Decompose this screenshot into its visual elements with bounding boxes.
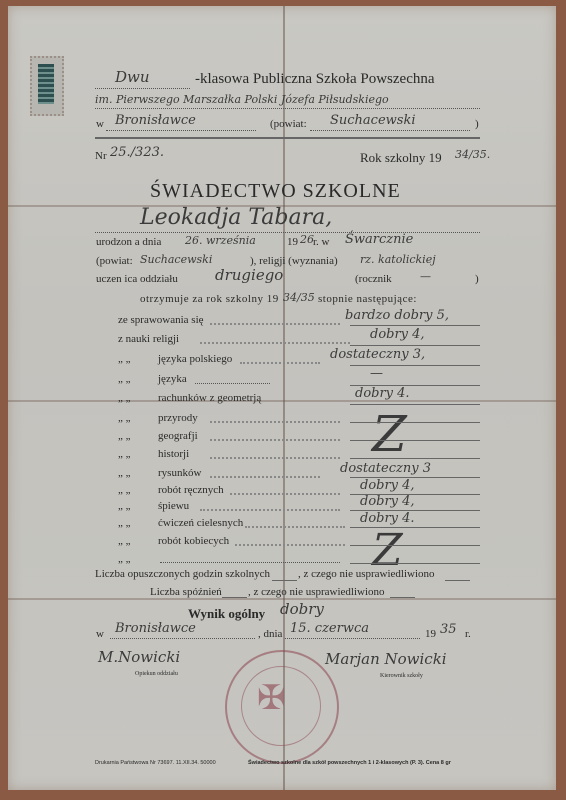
receives-year: 34/35: [283, 291, 315, 304]
birth-place-label: r. w: [313, 236, 330, 248]
school-year-value: 34/35.: [455, 148, 490, 161]
certificate-title: ŚWIADECTWO SZKOLNE: [150, 180, 401, 203]
fill-line: [110, 638, 255, 639]
school-location: Bronisławce: [115, 113, 196, 128]
horizontal-fold: [8, 400, 556, 402]
grade-line: [350, 365, 480, 366]
subject-label: języka polskiego: [158, 353, 232, 365]
grade-value: dostateczny 3: [340, 461, 431, 476]
ditto-mark: „ „: [118, 392, 131, 404]
leader-dots: [210, 439, 340, 441]
grade-line: [350, 494, 480, 495]
county-label: (powiat:: [270, 118, 307, 130]
fill-line: [160, 562, 340, 563]
eagle-emblem-icon: ✠: [257, 678, 286, 718]
grade-value: —: [370, 366, 383, 381]
grade-value: bardzo dobry 5,: [345, 308, 449, 323]
fill-line: [95, 88, 190, 89]
grade-line: [350, 527, 480, 528]
form-info: Świadectwo szkolne dla szkół powszechnyc…: [248, 760, 451, 766]
tutor-caption: Opiekun oddziału: [135, 671, 178, 677]
principal-caption: Kierownik szkoły: [380, 673, 423, 679]
student-name: Leokadja Tabara,: [140, 205, 332, 230]
grade-value: dobry 4,: [360, 494, 415, 509]
issued-year: 35: [440, 622, 457, 637]
leader-dots: [210, 323, 340, 325]
grade-line: [350, 440, 480, 441]
ditto-mark: „ „: [118, 373, 131, 385]
overall-result-value: dobry: [280, 600, 324, 618]
subject-label: z nauki religji: [118, 333, 179, 345]
leader-dots: [210, 421, 340, 423]
born-label: urodzon a dnia: [96, 236, 161, 248]
fill-line: [310, 130, 470, 131]
ditto-mark: „ „: [118, 412, 131, 424]
ditto-mark: „ „: [118, 430, 131, 442]
grade-value: dobry 4.: [355, 386, 410, 401]
issued-year-suffix: r.: [465, 628, 471, 640]
grade-line: [350, 545, 480, 546]
grade-line: [350, 422, 480, 423]
class-label: uczen ica oddziału: [96, 273, 178, 285]
fill-line: [95, 232, 480, 233]
subject-label: robót ręcznych: [158, 484, 224, 496]
issued-place-prefix: w: [96, 628, 104, 640]
grade-line: [350, 325, 480, 326]
printer-info: Drukarnia Państwowa Nr 73697. 11.XII.34.…: [95, 760, 216, 766]
grade-line: [350, 563, 480, 564]
birth-year: 26: [300, 233, 314, 246]
fill-line: [95, 108, 480, 109]
receives-label: otrzymuje za rok szkolny 19: [140, 293, 279, 305]
leader-dots: [245, 526, 345, 528]
issued-date-label: , dnia: [258, 628, 282, 640]
school-name: im. Pierwszego Marszałka Polski Józefa P…: [95, 93, 389, 106]
grade-value: dostateczny 3,: [330, 347, 425, 362]
grade-line: [350, 477, 480, 478]
absent-hours-label: Liczba opuszczonych godzin szkolnych: [95, 568, 270, 580]
number-value: 25./323.: [110, 145, 164, 160]
birth-place: Śwarcznie: [345, 232, 413, 247]
year-value: —: [420, 270, 431, 283]
birth-year-prefix: 19: [287, 236, 298, 248]
subject-label: ćwiczeń cielesnych: [158, 517, 243, 529]
header-rule: [95, 137, 480, 139]
leader-dots: [200, 342, 350, 344]
class-value: drugiego: [215, 266, 283, 284]
grade-value: dobry 4.: [360, 511, 415, 526]
overall-result-label: Wynik ogólny: [188, 606, 265, 622]
location-prefix: w: [96, 118, 104, 130]
ditto-mark: „ „: [118, 517, 131, 529]
grade-line: [350, 385, 480, 386]
birth-date: 26. września: [185, 234, 256, 247]
issued-date: 15. czerwca: [290, 621, 369, 636]
school-year-label: Rok szkolny 19: [360, 150, 442, 166]
official-seal: ✠: [225, 650, 339, 764]
subject-label: przyrody: [158, 412, 198, 424]
county-close: ): [475, 118, 479, 130]
religion: rz. katolickiej: [360, 253, 436, 266]
leader-dots: [210, 476, 320, 478]
student-county-label: (powiat:: [96, 255, 133, 267]
absent-unexcused-line: [445, 580, 470, 581]
ditto-mark: „ „: [118, 353, 131, 365]
late-unexcused-line: [390, 597, 415, 598]
subject-label: geografji: [158, 430, 198, 442]
absent-hours-line: [272, 580, 297, 581]
ditto-mark: „ „: [118, 484, 131, 496]
fill-line: [195, 383, 270, 384]
tutor-signature: M.Nowicki: [98, 648, 180, 666]
year-close: ): [475, 273, 479, 285]
classes-count: Dwu: [115, 68, 150, 86]
number-label: Nr: [95, 150, 107, 162]
ditto-mark: „ „: [118, 535, 131, 547]
leader-dots: [235, 544, 345, 546]
absent-unexcused-label: , z czego nie usprawiedliwiono: [298, 568, 435, 580]
ditto-mark: „ „: [118, 553, 131, 565]
grade-line: [350, 458, 480, 459]
year-label: (rocznik: [355, 273, 392, 285]
fill-line: [106, 130, 256, 131]
leader-dots: [200, 509, 340, 511]
ditto-mark: „ „: [118, 448, 131, 460]
ditto-mark: „ „: [118, 467, 131, 479]
student-county: Suchacewski: [140, 253, 212, 266]
receives-suffix: stopnie następujące:: [318, 293, 417, 305]
subject-label: śpiewu: [158, 500, 189, 512]
principal-signature: Marjan Nowicki: [325, 650, 447, 668]
subject-label: języka: [158, 373, 187, 385]
school-type: -klasowa Publiczna Szkoła Powszechna: [195, 71, 435, 88]
grade-line: [350, 345, 480, 346]
fee-stamp-icon: [38, 64, 54, 104]
subject-label: robót kobiecych: [158, 535, 229, 547]
fill-line: [285, 638, 420, 639]
late-label: Liczba spóźnień: [150, 586, 222, 598]
subject-label: ze sprawowania się: [118, 314, 204, 326]
leader-dots: [210, 457, 340, 459]
subject-label: rachunków z geometrją: [158, 392, 261, 404]
fee-stamp: [30, 56, 64, 116]
issued-year-prefix: 19: [425, 628, 436, 640]
leader-dots: [240, 362, 320, 364]
late-line: [222, 597, 247, 598]
grade-value: dobry 4,: [360, 478, 415, 493]
grade-line: [350, 404, 480, 405]
grade-value: Z: [372, 405, 407, 463]
grade-value: dobry 4,: [370, 327, 425, 342]
grade-line: [350, 510, 480, 511]
subject-label: rysunków: [158, 467, 201, 479]
late-unexcused-label: , z czego nie usprawiedliwiono: [248, 586, 385, 598]
county-value: Suchacewski: [330, 113, 416, 128]
issued-place: Bronisławce: [115, 621, 196, 636]
ditto-mark: „ „: [118, 500, 131, 512]
subject-label: historji: [158, 448, 189, 460]
leader-dots: [230, 493, 340, 495]
